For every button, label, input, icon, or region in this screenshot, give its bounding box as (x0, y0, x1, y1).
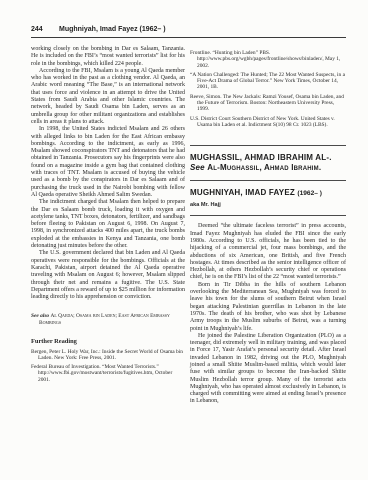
see-target: Al-Mughassil, Ahmad Ibrahim. (207, 163, 321, 172)
body-paragraph: Deemed “the ultimate faceless terrorist”… (190, 223, 346, 281)
see-also: See also Al Qaeda; Osama bin Laden; East… (31, 313, 185, 326)
body-paragraph: The indictment charged that Msalam then … (31, 199, 185, 250)
body-paragraph: The U.S. government declared that bin La… (31, 250, 185, 301)
book-page: 244Mughniyah, Imad Fayez (1962– ) workin… (0, 0, 368, 480)
left-column: working closely on the bombing in Dar es… (31, 46, 185, 383)
entry-title: MUGHASSIL, AHMAD IBRAHIM AL-. (190, 153, 332, 162)
reference-entry: U.S. District Court Southern District of… (190, 116, 346, 129)
see-also-text: Al Qaeda; Osama bin Laden; East African … (39, 313, 170, 325)
reference-entry: Frontline. “Hunting bin Laden” PBS. http… (190, 50, 346, 69)
entry-title: MUGHNIYAH, IMAD FAYEZ (190, 188, 295, 197)
entry-heading-mughassil: MUGHASSIL, AHMAD IBRAHIM AL-. See Al-Mug… (190, 153, 346, 172)
header-rule (31, 37, 346, 38)
right-column: Frontline. “Hunting bin Laden” PBS. http… (190, 46, 346, 406)
entry-heading-mughniyah: MUGHNIYAH, IMAD FAYEZ (1962– ) (190, 188, 346, 199)
entry-aka: aka Mr. Hajj (190, 202, 346, 209)
entry-dates: (1962– ) (297, 190, 322, 197)
see-also-label: See also (31, 313, 49, 319)
reference-entry: Bergen, Peter L. Holy War, Inc.: Inside … (31, 349, 185, 362)
page-header: 244Mughniyah, Imad Fayez (1962– ) (31, 26, 346, 33)
body-paragraph: According to the FBI, Msalam is a young … (31, 68, 185, 126)
see-label: See (190, 163, 205, 172)
body-paragraph: Born in Tir Dibba in the hills of southe… (190, 282, 346, 333)
entry-divider-rule (190, 180, 346, 181)
page-number: 244 (31, 26, 59, 33)
entry-divider-rule (190, 145, 346, 146)
further-reading-heading: Further Reading (31, 338, 185, 345)
body-paragraph: working closely on the bombing in Dar es… (31, 46, 185, 68)
body-paragraph: He joined the Palestine Liberation Organ… (190, 333, 346, 406)
running-head: Mughniyah, Imad Fayez (1962– ) (59, 26, 166, 33)
body-paragraph: In 1998, the United States indicted Msal… (31, 126, 185, 199)
reference-entry: “A Nation Challenged: The Hunted; The 22… (190, 72, 346, 91)
entry-divider-rule (190, 215, 346, 216)
reference-entry: Reeve, Simon. The New Jackals: Ramzi You… (190, 94, 346, 113)
reference-entry: Federal Bureau of Investigation. “Most W… (31, 364, 185, 383)
